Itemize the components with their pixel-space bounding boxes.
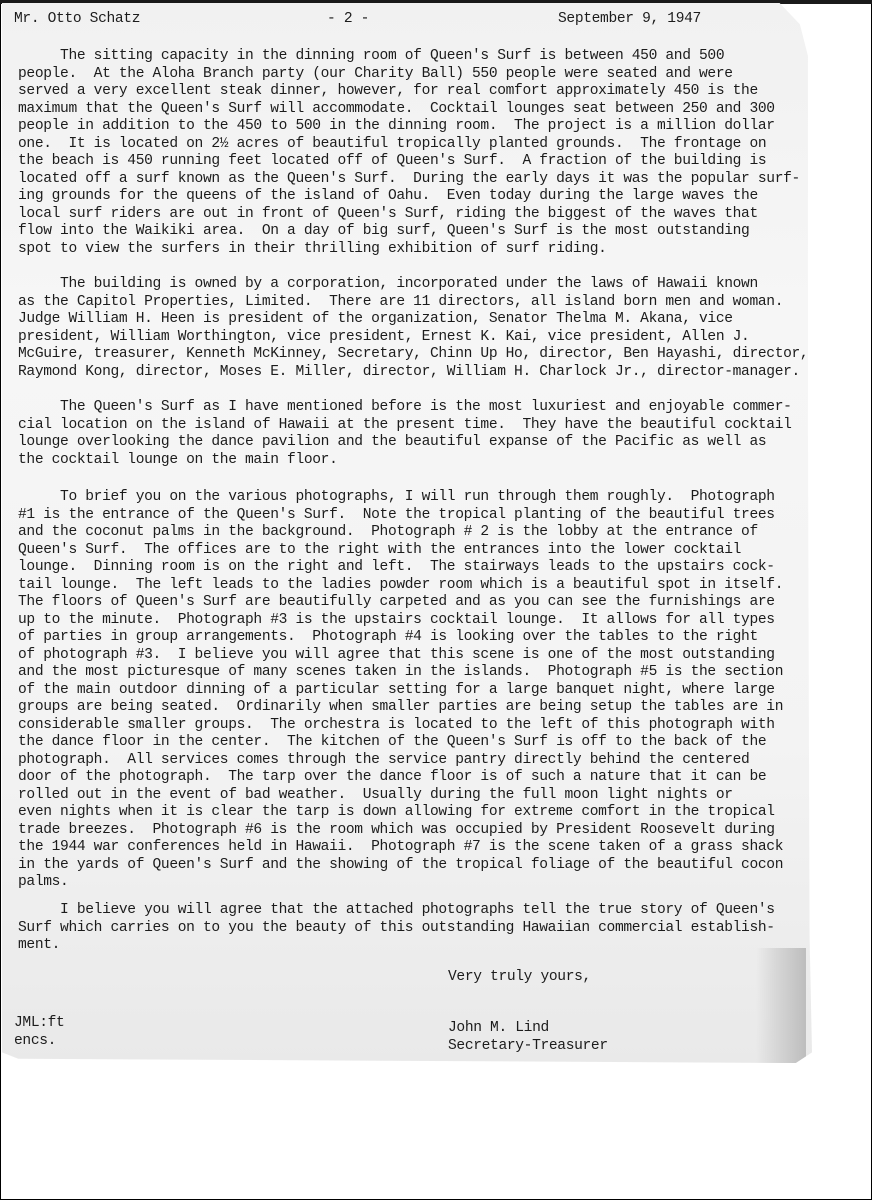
text-line: of the main outdoor dinning of a particu… xyxy=(18,682,783,700)
text-line: Queen's Surf. The offices are to the rig… xyxy=(18,542,783,560)
text-line: McGuire, treasurer, Kenneth McKinney, Se… xyxy=(18,346,808,364)
paragraph-ownership: The building is owned by a corporation, … xyxy=(18,276,808,381)
text-line: of photograph #3. I believe you will agr… xyxy=(18,647,783,665)
text-line: ment. xyxy=(18,937,775,955)
text-line: Surf which carries on to you the beauty … xyxy=(18,920,775,938)
text-line: groups are being seated. Ordinarily when… xyxy=(18,699,783,717)
text-line: the beach is 450 running feet located of… xyxy=(18,153,800,171)
page-number: - 2 - xyxy=(327,11,369,29)
text-line: photograph. All services comes through t… xyxy=(18,752,783,770)
closing-salutation: Very truly yours, xyxy=(448,969,591,987)
text-line: maximum that the Queen's Surf will accom… xyxy=(18,101,800,119)
text-line: even nights when it is clear the tarp is… xyxy=(18,804,783,822)
text-line: lounge. Dinning room is on the right and… xyxy=(18,559,783,577)
text-line: the cocktail lounge on the main floor. xyxy=(18,452,792,470)
text-line: The floors of Queen's Surf are beautiful… xyxy=(18,594,783,612)
enclosures-note: encs. xyxy=(14,1033,56,1051)
text-line: flow into the Waikiki area. On a day of … xyxy=(18,223,800,241)
text-line: The Queen's Surf as I have mentioned bef… xyxy=(18,399,792,417)
text-line: people. At the Aloha Branch party (our C… xyxy=(18,66,800,84)
text-line: located off a surf known as the Queen's … xyxy=(18,171,800,189)
text-line: cial location on the island of Hawaii at… xyxy=(18,417,792,435)
text-line: considerable smaller groups. The orchest… xyxy=(18,717,783,735)
recipient-header: Mr. Otto Schatz xyxy=(14,11,140,29)
text-line: president, William Worthington, vice pre… xyxy=(18,329,808,347)
text-line: The sitting capacity in the dinning room… xyxy=(18,48,800,66)
signer-name: John M. Lind xyxy=(448,1020,549,1038)
text-line: of parties in group arrangements. Photog… xyxy=(18,629,783,647)
paragraph-photographs: To brief you on the various photographs,… xyxy=(18,489,783,892)
text-line: people in addition to the 450 to 500 in … xyxy=(18,118,800,136)
paragraph-conclusion: I believe you will agree that the attach… xyxy=(18,902,775,955)
letter-date: September 9, 1947 xyxy=(558,11,701,29)
reference-initials: JML:ft xyxy=(14,1015,64,1033)
text-line: #1 is the entrance of the Queen's Surf. … xyxy=(18,507,783,525)
text-line: rolled out in the event of bad weather. … xyxy=(18,787,783,805)
text-line: ing grounds for the queens of the island… xyxy=(18,188,800,206)
text-line: the dance floor in the center. The kitch… xyxy=(18,734,783,752)
text-line: as the Capitol Properties, Limited. Ther… xyxy=(18,294,808,312)
text-line: spot to view the surfers in their thrill… xyxy=(18,241,800,259)
text-line: local surf riders are out in front of Qu… xyxy=(18,206,800,224)
text-line: one. It is located on 2½ acres of beauti… xyxy=(18,136,800,154)
text-line: To brief you on the various photographs,… xyxy=(18,489,783,507)
text-line: door of the photograph. The tarp over th… xyxy=(18,769,783,787)
text-line: Judge William H. Heen is president of th… xyxy=(18,311,808,329)
text-line: and the coconut palms in the background.… xyxy=(18,524,783,542)
text-line: and the most picturesque of many scenes … xyxy=(18,664,783,682)
paragraph-location: The Queen's Surf as I have mentioned bef… xyxy=(18,399,792,469)
signer-title: Secretary-Treasurer xyxy=(448,1038,608,1056)
text-line: served a very excellent steak dinner, ho… xyxy=(18,83,800,101)
text-line: I believe you will agree that the attach… xyxy=(18,902,775,920)
text-line: The building is owned by a corporation, … xyxy=(18,276,808,294)
text-line: up to the minute. Photograph #3 is the u… xyxy=(18,612,783,630)
text-line: Raymond Kong, director, Moses E. Miller,… xyxy=(18,364,808,382)
paragraph-capacity: The sitting capacity in the dinning room… xyxy=(18,48,800,258)
text-line: lounge overlooking the dance pavilion an… xyxy=(18,434,792,452)
text-line: the 1944 war conferences held in Hawaii.… xyxy=(18,839,783,857)
text-line: palms. xyxy=(18,874,783,892)
text-line: trade breezes. Photograph #6 is the room… xyxy=(18,822,783,840)
text-line: in the yards of Queen's Surf and the sho… xyxy=(18,857,783,875)
text-line: tail lounge. The left leads to the ladie… xyxy=(18,577,783,595)
